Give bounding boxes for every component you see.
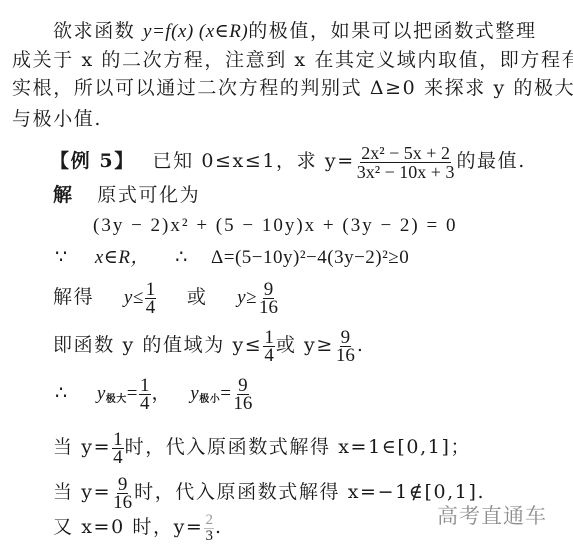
inequality: y≥ bbox=[237, 287, 257, 308]
solution-intro: 原式可化为 bbox=[97, 184, 200, 206]
therefore-symbol: ∴ bbox=[175, 247, 188, 268]
or-word: 或 bbox=[187, 286, 208, 308]
fraction-numerator: 1 bbox=[263, 329, 275, 347]
fraction-denominator: 4 bbox=[145, 299, 157, 316]
case-text: 时，代入原函数式解得 x=1∈[0,1]； bbox=[125, 436, 471, 458]
fraction: 23 bbox=[204, 513, 214, 544]
y-variable: y bbox=[190, 383, 199, 404]
intro-line-2: 成关于 x 的二次方程，注意到 x 在其定义域内取值，即方程有 bbox=[12, 49, 573, 71]
min-subscript: 极小 bbox=[199, 394, 220, 405]
fraction-denominator: 16 bbox=[335, 347, 356, 364]
intro-text: 的极值，如果可以把函数式整理 bbox=[248, 20, 536, 42]
range-line: 即函数 y 的值域为 y≤14或 y≥916. bbox=[53, 323, 365, 367]
inequality: y≤ bbox=[124, 287, 144, 308]
range-text: 即函数 y 的值域为 y≤ bbox=[53, 334, 262, 356]
discriminant-line: ∵ x∈R， ∴ Δ=(5−10y)²−4(3y−2)²≥0 bbox=[55, 247, 409, 269]
fraction-denominator: 3x² − 10x + 3 bbox=[356, 163, 456, 181]
fraction-numerator: 1 bbox=[112, 431, 124, 449]
case-text: 又 x=0 时，y= bbox=[53, 516, 203, 538]
fraction-denominator: 16 bbox=[258, 299, 279, 316]
because-symbol: ∵ bbox=[55, 247, 68, 268]
equals: = bbox=[127, 383, 138, 404]
discriminant-inequality: Δ=(5−10y)²−4(3y−2)²≥0 bbox=[211, 247, 409, 268]
intro-text: 欲求函数 bbox=[53, 20, 143, 42]
quadratic-equation: (3y − 2)x² + (5 − 10y)x + (3y − 2) = 0 bbox=[93, 215, 457, 237]
fraction: 14 bbox=[139, 377, 151, 412]
fraction-numerator: 9 bbox=[340, 329, 352, 347]
case-1-line: 当 y=14时，代入原函数式解得 x=1∈[0,1]； bbox=[53, 425, 471, 469]
max-subscript: 极大 bbox=[106, 394, 127, 405]
intro-line-3: 实根，所以可以通过二次方程的判别式 Δ≥0 来探求 y 的极大 bbox=[12, 77, 573, 99]
case-text: 当 y= bbox=[53, 481, 111, 503]
example-text: 已知 0≤x≤1，求 y= bbox=[152, 150, 354, 172]
solution-label: 解 bbox=[53, 184, 74, 206]
period: . bbox=[215, 516, 223, 538]
fraction-numerator: 2 bbox=[204, 513, 214, 529]
y-variable: y bbox=[97, 383, 106, 404]
fraction: 14 bbox=[112, 431, 124, 466]
intro-line-4: 与极小值. bbox=[12, 108, 102, 130]
fraction-denominator: 3 bbox=[204, 529, 214, 544]
range-text: 或 y≥ bbox=[276, 334, 334, 356]
fraction-numerator: 2x² − 5x + 2 bbox=[360, 144, 451, 163]
fraction-denominator: 4 bbox=[139, 395, 151, 412]
watermark: 高考直通车 bbox=[437, 500, 547, 530]
fraction-denominator: 4 bbox=[112, 449, 124, 466]
equals: = bbox=[220, 383, 231, 404]
domain-condition: x∈R， bbox=[95, 247, 150, 268]
fraction: 916 bbox=[335, 329, 356, 364]
example-statement: 【例 5】 已知 0≤x≤1，求 y=2x² − 5x + 23x² − 10x… bbox=[50, 138, 526, 184]
example-fraction: 2x² − 5x + 23x² − 10x + 3 bbox=[356, 144, 456, 181]
intro-math: y=f(x) (x∈R) bbox=[143, 21, 248, 42]
example-label: 【例 5】 bbox=[50, 150, 135, 172]
fraction: 916 bbox=[258, 281, 279, 316]
fraction-numerator: 9 bbox=[117, 476, 129, 494]
fraction-denominator: 4 bbox=[263, 347, 275, 364]
fraction-numerator: 1 bbox=[145, 281, 157, 299]
solution-header: 解 原式可化为 bbox=[53, 184, 200, 206]
therefore-symbol: ∴ bbox=[55, 383, 68, 404]
solution-result: 解得 y≤14 或 y≥916 bbox=[53, 275, 280, 320]
extremes-line: ∴ y极大=14， y极小=916 bbox=[55, 372, 254, 416]
case-3-line: 又 x=0 时，y=23. bbox=[53, 505, 223, 548]
fraction: 14 bbox=[145, 281, 157, 316]
fraction-denominator: 16 bbox=[232, 395, 253, 412]
period: . bbox=[357, 334, 365, 356]
intro-line-1: 欲求函数 y=f(x) (x∈R)的极值，如果可以把函数式整理 bbox=[53, 20, 537, 43]
fraction: 14 bbox=[263, 329, 275, 364]
case-text: 当 y= bbox=[53, 436, 111, 458]
solve-label: 解得 bbox=[53, 286, 94, 308]
fraction: 916 bbox=[232, 377, 253, 412]
fraction-numerator: 9 bbox=[263, 281, 275, 299]
comma: ， bbox=[152, 383, 172, 404]
example-text: 的最值. bbox=[456, 150, 525, 172]
case-text: 时，代入原函数式解得 x=−1∉[0,1]. bbox=[134, 481, 485, 503]
